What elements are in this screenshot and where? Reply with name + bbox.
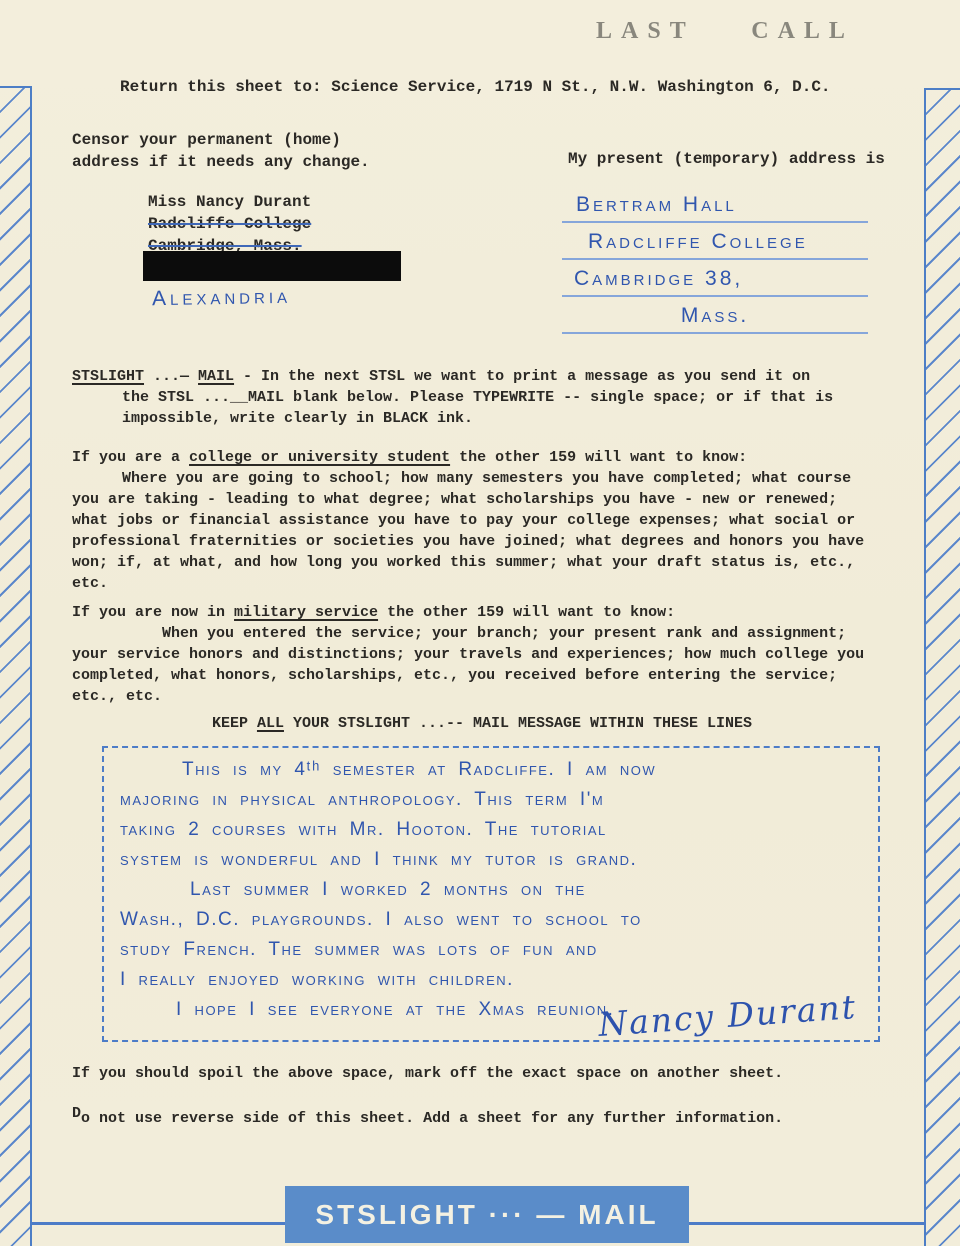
redaction-bar [143,251,401,281]
stslight-mail-paragraph-line1: STSLIGHT ...— MAIL - In the next STSL we… [72,366,872,387]
message-line: majoring in physical anthropology. This … [120,785,862,815]
military-tail: the other 159 will want to know: [378,604,675,621]
military-lead: If you are now in [72,604,234,621]
reverse-side-note: Do not use reverse side of this sheet. A… [72,1108,783,1129]
college-student-paragraph: If you are a college or university stude… [72,447,868,594]
keep-lead: KEEP [212,715,257,732]
typed-name: Miss Nancy Durant [148,191,311,213]
left-hatch-border [0,86,32,1246]
message-line: This is my 4ᵗʰ semester at Radcliffe. I … [120,755,862,785]
college-paragraph-body: Where you are going to school; how many … [72,468,868,594]
present-address-label: My present (temporary) address is [568,148,885,170]
dots-dash: ...— [144,368,198,385]
address-write-line: Bertram Hall [562,186,868,223]
message-line: Wash., D.C. playgrounds. I also went to … [120,905,862,935]
message-line: study French. The summer was lots of fun… [120,935,862,965]
stslight-mail-banner: STSLIGHT ··· — MAIL [285,1186,689,1243]
stslight-mail-paragraph-line3: impossible, write clearly in BLACK ink. [72,408,872,429]
reverse-side-note-text: o not use reverse side of this sheet. Ad… [81,1110,783,1127]
last-call-stamp: LAST CALL [596,18,854,45]
address-write-line: Radcliffe College [562,223,868,260]
military-paragraph-body: When you entered the service; your branc… [72,623,868,707]
censor-instruction-line2: address if it needs any change. [72,151,370,173]
college-lead: If you are a [72,449,189,466]
keep-tail: YOUR STSLIGHT ...-- MAIL MESSAGE WITHIN … [284,715,752,732]
college-paragraph-head: If you are a college or university stude… [72,447,868,468]
stslight-mail-paragraph-line2: the STSL ...__MAIL blank below. Please T… [72,387,872,408]
handwritten-city: Alexandria [152,285,291,311]
message-line: system is wonderful and I think my tutor… [120,845,862,875]
spoil-note: If you should spoil the above space, mar… [72,1063,783,1084]
keep-within-lines-heading: KEEP ALL YOUR STSLIGHT ...-- MAIL MESSAG… [72,713,892,734]
military-underlined: military service [234,604,378,621]
mail-word: MAIL [198,368,234,385]
right-hatch-border [924,88,960,1246]
return-instruction: Return this sheet to: Science Service, 1… [120,76,831,98]
college-underlined: college or university student [189,449,450,466]
message-line: taking 2 courses with Mr. Hooton. The tu… [120,815,862,845]
typed-permanent-address: Miss Nancy Durant Radcliffe College Camb… [148,191,311,257]
address-write-line: Cambridge 38, [562,260,868,297]
censor-instruction-line1: Censor your permanent (home) [72,129,370,151]
address-write-line: Mass. [562,297,868,334]
stslight-mail-paragraph: STSLIGHT ...— MAIL - In the next STSL we… [72,366,872,429]
message-line: I really enjoyed working with children. [120,965,862,995]
military-service-paragraph: If you are now in military service the o… [72,602,868,707]
scanned-form-page: LAST CALL Return this sheet to: Science … [0,0,960,1246]
raised-letter-d: D [72,1105,81,1122]
struck-address-line-1: Radcliffe College [148,213,311,235]
stslight-word: STSLIGHT [72,368,144,385]
college-tail: the other 159 will want to know: [450,449,747,466]
censor-instruction: Censor your permanent (home) address if … [72,129,370,173]
stslight-rest: - In the next STSL we want to print a me… [234,368,810,385]
message-line: Last summer I worked 2 months on the [120,875,862,905]
present-address-lines: Bertram Hall Radcliffe College Cambridge… [562,186,868,334]
keep-all-underlined: ALL [257,715,284,732]
military-paragraph-head: If you are now in military service the o… [72,602,868,623]
